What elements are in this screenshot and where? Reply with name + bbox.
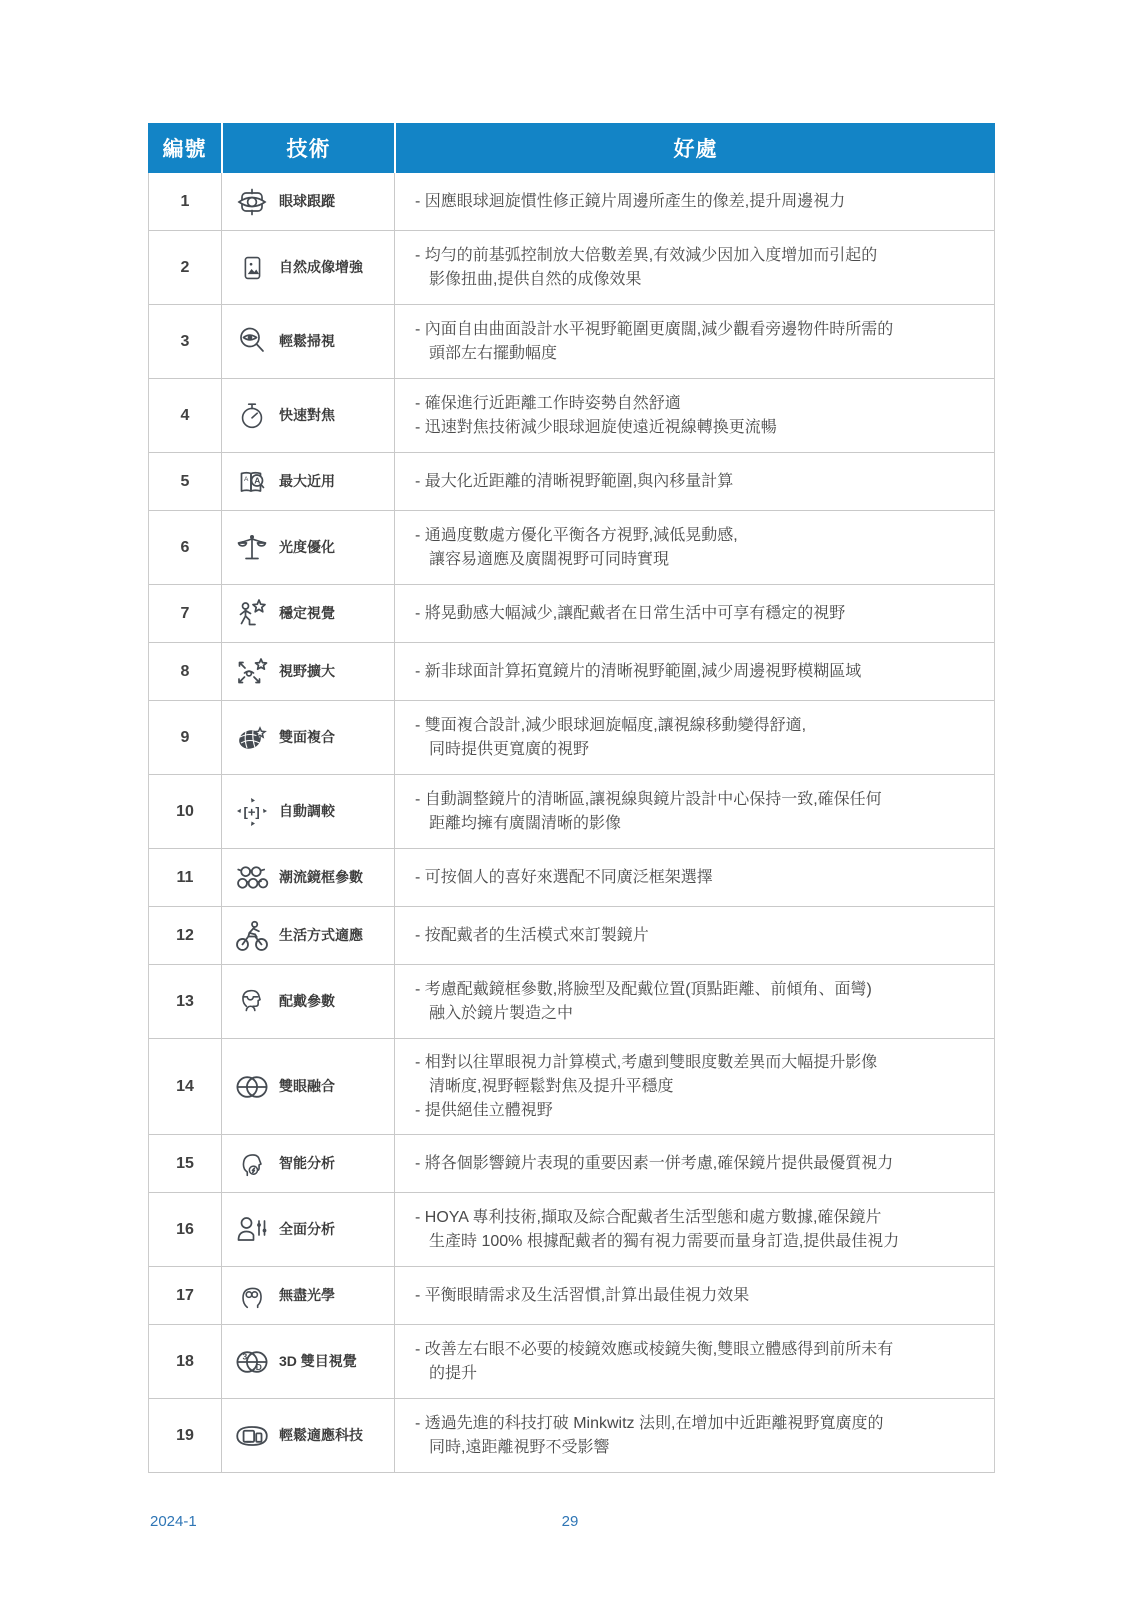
table-row: 9 雙面複合 - 雙面複合設計,減少眼球迴旋幅度,讓視線移動變得舒適, 同時提供… [149,701,994,775]
tech-label: 視野擴大 [279,663,335,681]
svg-text:A: A [254,475,260,485]
benefit-line: - 按配戴者的生活模式來訂製鏡片 [415,924,984,948]
table-row: 11 潮流鏡框參數 - 可按個人的喜好來選配不同廣泛框架選擇 [149,849,994,907]
tech-label: 自動調較 [279,803,335,821]
benefit-line: - 自動調整鏡片的清晰區,讓視線與鏡片設計中心保持一致,確保任何 [415,788,984,812]
benefit-line: - 將各個影響鏡片表現的重要因素一併考慮,確保鏡片提供最優質視力 [415,1152,984,1176]
tech-cell: 輕鬆適應科技 [222,1399,395,1472]
benefit-line: 同時提供更寬廣的視野 [415,738,984,762]
tech-cell: 配戴參數 [222,965,395,1038]
tech-cell: 光度優化 [222,511,395,584]
tech-cell: 穩定視覺 [222,585,395,642]
benefit-line: - 透過先進的科技打破 Minkwitz 法則,在增加中近距離視野寬廣度的 [415,1412,984,1436]
benefit-line: 融入於鏡片製造之中 [415,1002,984,1026]
benefit-cell: - 透過先進的科技打破 Minkwitz 法則,在增加中近距離視野寬廣度的 同時… [395,1399,994,1472]
benefit-line: - 考慮配戴鏡框參數,將臉型及配戴位置(頂點距離、前傾角、面彎) [415,978,984,1002]
row-number: 11 [149,849,222,906]
row-number: 16 [149,1193,222,1266]
row-number: 4 [149,379,222,452]
head-lightbulb-icon [232,1147,272,1181]
benefit-cell: - 考慮配戴鏡框參數,將臉型及配戴位置(頂點距離、前傾角、面彎) 融入於鏡片製造… [395,965,994,1038]
benefit-line: - 確保進行近距離工作時姿勢自然舒適 [415,392,984,416]
table-row: 16 全面分析 - HOYA 專利技術,擷取及綜合配戴者生活型態和處方數據,確保… [149,1193,994,1267]
overlapping-circles-icon [232,1068,272,1106]
benefit-line: - 將晃動感大幅減少,讓配戴者在日常生活中可享有穩定的視野 [415,602,984,626]
tech-label: 配戴參數 [279,993,335,1011]
benefit-cell: - 雙面複合設計,減少眼球迴旋幅度,讓視線移動變得舒適, 同時提供更寬廣的視野 [395,701,994,774]
svg-text:3: 3 [243,1351,248,1361]
benefit-cell: - 按配戴者的生活模式來訂製鏡片 [395,907,994,964]
benefit-line: - 改善左右眼不必要的棱鏡效應或棱鏡失衡,雙眼立體感得到前所未有 [415,1338,984,1362]
tech-cell: 眼球跟蹤 [222,173,395,230]
tech-label: 全面分析 [279,1221,335,1239]
benefit-line: - 雙面複合設計,減少眼球迴旋幅度,讓視線移動變得舒適, [415,714,984,738]
benefit-cell: - 均勻的前基弧控制放大倍數差異,有效減少因加入度增加而引起的 影像扭曲,提供自… [395,231,994,304]
svg-text:[+]: [+] [244,804,260,819]
row-number: 12 [149,907,222,964]
benefit-line: - HOYA 專利技術,擷取及綜合配戴者生活型態和處方數據,確保鏡片 [415,1206,984,1230]
row-number: 3 [149,305,222,378]
benefit-line: - 可按個人的喜好來選配不同廣泛框架選擇 [415,866,984,890]
benefit-line: 影像扭曲,提供自然的成像效果 [415,268,984,292]
table-row: 12 生活方式適應 - 按配戴者的生活模式來訂製鏡片 [149,907,994,965]
table-row: 5 AA 最大近用 - 最大化近距離的清晰視野範圍,與內移量計算 [149,453,994,511]
table-row: 1 眼球跟蹤 - 因應眼球迴旋慣性修正鏡片周邊所產生的像差,提升周邊視力 [149,173,994,231]
benefit-cell: - 平衡眼睛需求及生活習慣,計算出最佳視力效果 [395,1267,994,1324]
row-number: 6 [149,511,222,584]
benefit-cell: - 新非球面計算拓寬鏡片的清晰視野範圍,減少周邊視野模糊區域 [395,643,994,700]
row-number: 14 [149,1039,222,1134]
tech-label: 輕鬆掃視 [279,333,335,351]
benefit-line: - 新非球面計算拓寬鏡片的清晰視野範圍,減少周邊視野模糊區域 [415,660,984,684]
column-header-benefits: 好處 [394,123,995,173]
infinity-face-icon [232,1279,272,1313]
benefit-cell: - HOYA 專利技術,擷取及綜合配戴者生活型態和處方數據,確保鏡片 生產時 1… [395,1193,994,1266]
double-surface-lens-icon [232,720,272,756]
row-number: 17 [149,1267,222,1324]
row-number: 15 [149,1135,222,1192]
benefit-cell: - 可按個人的喜好來選配不同廣泛框架選擇 [395,849,994,906]
benefit-line: 生產時 100% 根據配戴者的獨有視力需要而量身訂造,提供最佳視力 [415,1230,984,1254]
table-row: 2 自然成像增強 - 均勻的前基弧控制放大倍數差異,有效減少因加入度增加而引起的… [149,231,994,305]
tech-label: 無盡光學 [279,1287,335,1305]
lens-devices-icon [232,1417,272,1455]
row-number: 5 [149,453,222,510]
table-row: 19 輕鬆適應科技 - 透過先進的科技打破 Minkwitz 法則,在增加中近距… [149,1399,994,1473]
benefit-line: - 提供絕佳立體視野 [415,1099,984,1123]
tech-cell: 自然成像增強 [222,231,395,304]
row-number: 8 [149,643,222,700]
benefit-cell: - 最大化近距離的清晰視野範圍,與內移量計算 [395,453,994,510]
expand-arrows-eye-icon [232,654,272,690]
table-row: 8 視野擴大 - 新非球面計算拓寬鏡片的清晰視野範圍,減少周邊視野模糊區域 [149,643,994,701]
table-row: 14 雙眼融合 - 相對以往單眼視力計算模式,考慮到雙眼度數差異而大幅提升影像 … [149,1039,994,1135]
benefit-line: 清晰度,視野輕鬆對焦及提升平穩度 [415,1075,984,1099]
tech-cell: 快速對焦 [222,379,395,452]
row-number: 7 [149,585,222,642]
row-number: 18 [149,1325,222,1398]
benefit-cell: - 內面自由曲面設計水平視野範圍更廣闊,減少觀看旁邊物件時所需的 頭部左右擺動幅… [395,305,994,378]
benefit-line: - 因應眼球迴旋慣性修正鏡片周邊所產生的像差,提升周邊視力 [415,190,984,214]
benefit-line: - 均勻的前基弧控制放大倍數差異,有效減少因加入度增加而引起的 [415,244,984,268]
tech-label: 雙眼融合 [279,1078,335,1096]
tech-label: 光度優化 [279,539,335,557]
row-number: 9 [149,701,222,774]
stopwatch-icon [232,399,272,433]
benefit-cell: - 改善左右眼不必要的棱鏡效應或棱鏡失衡,雙眼立體感得到前所未有 的提升 [395,1325,994,1398]
benefit-line: - 內面自由曲面設計水平視野範圍更廣闊,減少觀看旁邊物件時所需的 [415,318,984,342]
footer-page-number: 29 [0,1513,1140,1530]
eye-tracking-icon [232,184,272,220]
head-glasses-icon [232,985,272,1019]
benefit-cell: - 自動調整鏡片的清晰區,讓視線與鏡片設計中心保持一致,確保任何 距離均擁有廣闊… [395,775,994,848]
row-number: 13 [149,965,222,1038]
table-row: 6 光度優化 - 通過度數處方優化平衡各方視野,減低晃動感, 讓容易適應及廣闊視… [149,511,994,585]
tech-cell: AA 最大近用 [222,453,395,510]
benefit-cell: - 確保進行近距離工作時姿勢自然舒適 - 迅速對焦技術減少眼球迴旋使遠近視線轉換… [395,379,994,452]
benefit-line: 同時,遠距離視野不受影響 [415,1436,984,1460]
tech-label: 快速對焦 [279,407,335,425]
tech-cell: 潮流鏡框參數 [222,849,395,906]
benefit-line: 距離均擁有廣闊清晰的影像 [415,812,984,836]
magnifier-eye-icon [232,324,272,360]
table-row: 15 智能分析 - 將各個影響鏡片表現的重要因素一併考慮,確保鏡片提供最優質視力 [149,1135,994,1193]
benefit-cell: - 將各個影響鏡片表現的重要因素一併考慮,確保鏡片提供最優質視力 [395,1135,994,1192]
natural-image-icon [232,251,272,285]
tech-cell: 生活方式適應 [222,907,395,964]
tech-cell: 雙面複合 [222,701,395,774]
column-header-technology: 技術 [221,123,394,173]
tech-label: 雙面複合 [279,729,335,747]
cyclist-icon [232,917,272,955]
benefit-line: - 相對以往單眼視力計算模式,考慮到雙眼度數差異而大幅提升影像 [415,1051,984,1075]
balance-scale-icon [232,530,272,566]
tech-cell: 視野擴大 [222,643,395,700]
book-letters-icon: AA [232,464,272,500]
svg-text:D: D [256,1361,262,1371]
tech-cell: 3D 3D 雙目視覺 [222,1325,395,1398]
tech-label: 輕鬆適應科技 [279,1427,363,1445]
tech-cell: [+] 自動調較 [222,775,395,848]
tech-label: 智能分析 [279,1155,335,1173]
table-row: 17 無盡光學 - 平衡眼睛需求及生活習慣,計算出最佳視力效果 [149,1267,994,1325]
svg-text:A: A [244,476,249,483]
table-row: 7 穩定視覺 - 將晃動感大幅減少,讓配戴者在日常生活中可享有穩定的視野 [149,585,994,643]
table-row: 3 輕鬆掃視 - 內面自由曲面設計水平視野範圍更廣闊,減少觀看旁邊物件時所需的 … [149,305,994,379]
tech-label: 生活方式適應 [279,927,363,945]
tech-cell: 全面分析 [222,1193,395,1266]
tech-label: 最大近用 [279,473,335,491]
tech-label: 眼球跟蹤 [279,193,335,211]
row-number: 2 [149,231,222,304]
eyeglass-frames-icon [232,859,272,897]
tech-label: 自然成像增強 [279,259,363,277]
tech-label: 潮流鏡框參數 [279,869,363,887]
technology-table: 編號 技術 好處 1 眼球跟蹤 - 因應眼球迴旋慣性修正鏡片周邊所產生的像差,提… [148,123,995,1473]
row-number: 19 [149,1399,222,1472]
tech-cell: 雙眼融合 [222,1039,395,1134]
auto-adjust-plus-icon: [+] [232,794,272,830]
benefit-line: 的提升 [415,1362,984,1386]
benefit-line: 頭部左右擺動幅度 [415,342,984,366]
tech-label: 穩定視覺 [279,605,335,623]
person-sliders-icon [232,1212,272,1248]
table-row: 13 配戴參數 - 考慮配戴鏡框參數,將臉型及配戴位置(頂點距離、前傾角、面彎)… [149,965,994,1039]
benefit-line: 讓容易適應及廣闊視野可同時實現 [415,548,984,572]
table-row: 18 3D 3D 雙目視覺 - 改善左右眼不必要的棱鏡效應或棱鏡失衡,雙眼立體感… [149,1325,994,1399]
tech-cell: 無盡光學 [222,1267,395,1324]
3d-circles-icon: 3D [232,1343,272,1381]
benefit-cell: - 因應眼球迴旋慣性修正鏡片周邊所產生的像差,提升周邊視力 [395,173,994,230]
benefit-cell: - 通過度數處方優化平衡各方視野,減低晃動感, 讓容易適應及廣闊視野可同時實現 [395,511,994,584]
tech-cell: 輕鬆掃視 [222,305,395,378]
document-page: 編號 技術 好處 1 眼球跟蹤 - 因應眼球迴旋慣性修正鏡片周邊所產生的像差,提… [0,0,1140,1600]
walking-person-star-icon [232,596,272,632]
benefit-line: - 通過度數處方優化平衡各方視野,減低晃動感, [415,524,984,548]
tech-cell: 智能分析 [222,1135,395,1192]
table-header-row: 編號 技術 好處 [148,123,995,173]
table-row: 10 [+] 自動調較 - 自動調整鏡片的清晰區,讓視線與鏡片設計中心保持一致,… [149,775,994,849]
benefit-line: - 平衡眼睛需求及生活習慣,計算出最佳視力效果 [415,1284,984,1308]
row-number: 10 [149,775,222,848]
table-row: 4 快速對焦 - 確保進行近距離工作時姿勢自然舒適 - 迅速對焦技術減少眼球迴旋… [149,379,994,453]
benefit-cell: - 相對以往單眼視力計算模式,考慮到雙眼度數差異而大幅提升影像 清晰度,視野輕鬆… [395,1039,994,1134]
table-body: 1 眼球跟蹤 - 因應眼球迴旋慣性修正鏡片周邊所產生的像差,提升周邊視力 2 [148,173,995,1473]
benefit-cell: - 將晃動感大幅減少,讓配戴者在日常生活中可享有穩定的視野 [395,585,994,642]
benefit-line: - 最大化近距離的清晰視野範圍,與內移量計算 [415,470,984,494]
tech-label: 3D 雙目視覺 [279,1353,357,1371]
row-number: 1 [149,173,222,230]
column-header-number: 編號 [148,123,221,173]
benefit-line: - 迅速對焦技術減少眼球迴旋使遠近視線轉換更流暢 [415,416,984,440]
